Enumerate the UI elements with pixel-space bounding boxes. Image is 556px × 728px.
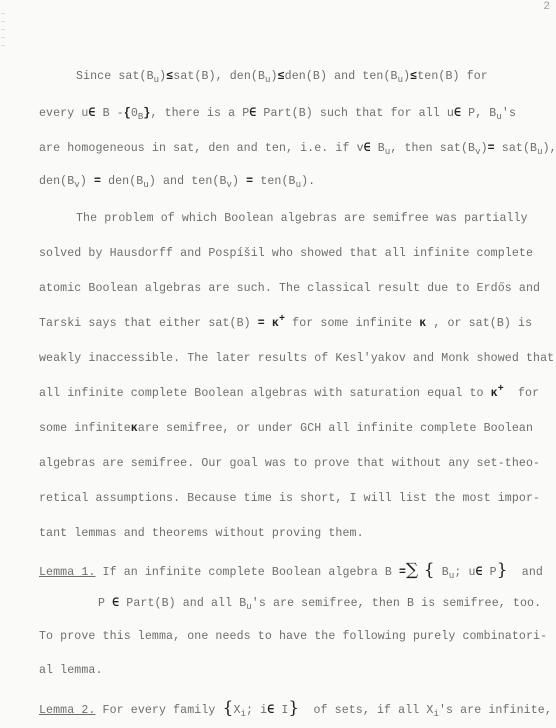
paragraph-line: The problem of which Boolean algebras ar… (76, 212, 528, 225)
paragraph-line: some infiniteκare semifree, or under GCH… (39, 422, 533, 435)
paragraph-line: al lemma. (39, 664, 103, 677)
edge-marks (1, 10, 5, 50)
paragraph-line: atomic Boolean algebras are such. The cl… (39, 282, 540, 295)
paragraph-line: tant lemmas and theorems without proving… (39, 527, 364, 540)
paragraph-line: algebras are semifree. Our goal was to p… (39, 457, 540, 470)
paragraph-line: To prove this lemma, one needs to have t… (39, 630, 547, 643)
paragraph-line: Tarski says that either sat(B) = κ+ for … (39, 317, 532, 330)
paragraph-line: solved by Hausdorff and Pospíšil who sho… (39, 247, 533, 260)
paragraph-line: all infinite complete Boolean algebras w… (39, 387, 539, 400)
lemma-2: Lemma 2. For every family {Xi; i∈ I} of … (39, 698, 552, 718)
paragraph-line: P ∈ Part(B) and all Bu's are semifree, t… (98, 595, 541, 610)
lemma-1: Lemma 1. If an infinite complete Boolean… (39, 560, 543, 580)
paragraph-line: weakly inaccessible. The later results o… (39, 352, 554, 365)
paragraph-line: are homogeneous in sat, den and ten, i.e… (39, 140, 556, 155)
paragraph-line: den(Bv) = den(Bu) and ten(Bv) = ten(Bu). (39, 175, 315, 188)
lemma-2-label: Lemma 2. (39, 704, 95, 717)
paragraph-line: every u∈ B -{0B}, there is a P∈ Part(B) … (39, 105, 516, 120)
paragraph-line: Since sat(Bu)≤sat(B), den(Bu)≤den(B) and… (76, 70, 488, 83)
lemma-1-label: Lemma 1. (39, 566, 95, 579)
paragraph-line: retical assumptions. Because time is sho… (39, 492, 540, 505)
page-number: 2 (543, 1, 550, 13)
